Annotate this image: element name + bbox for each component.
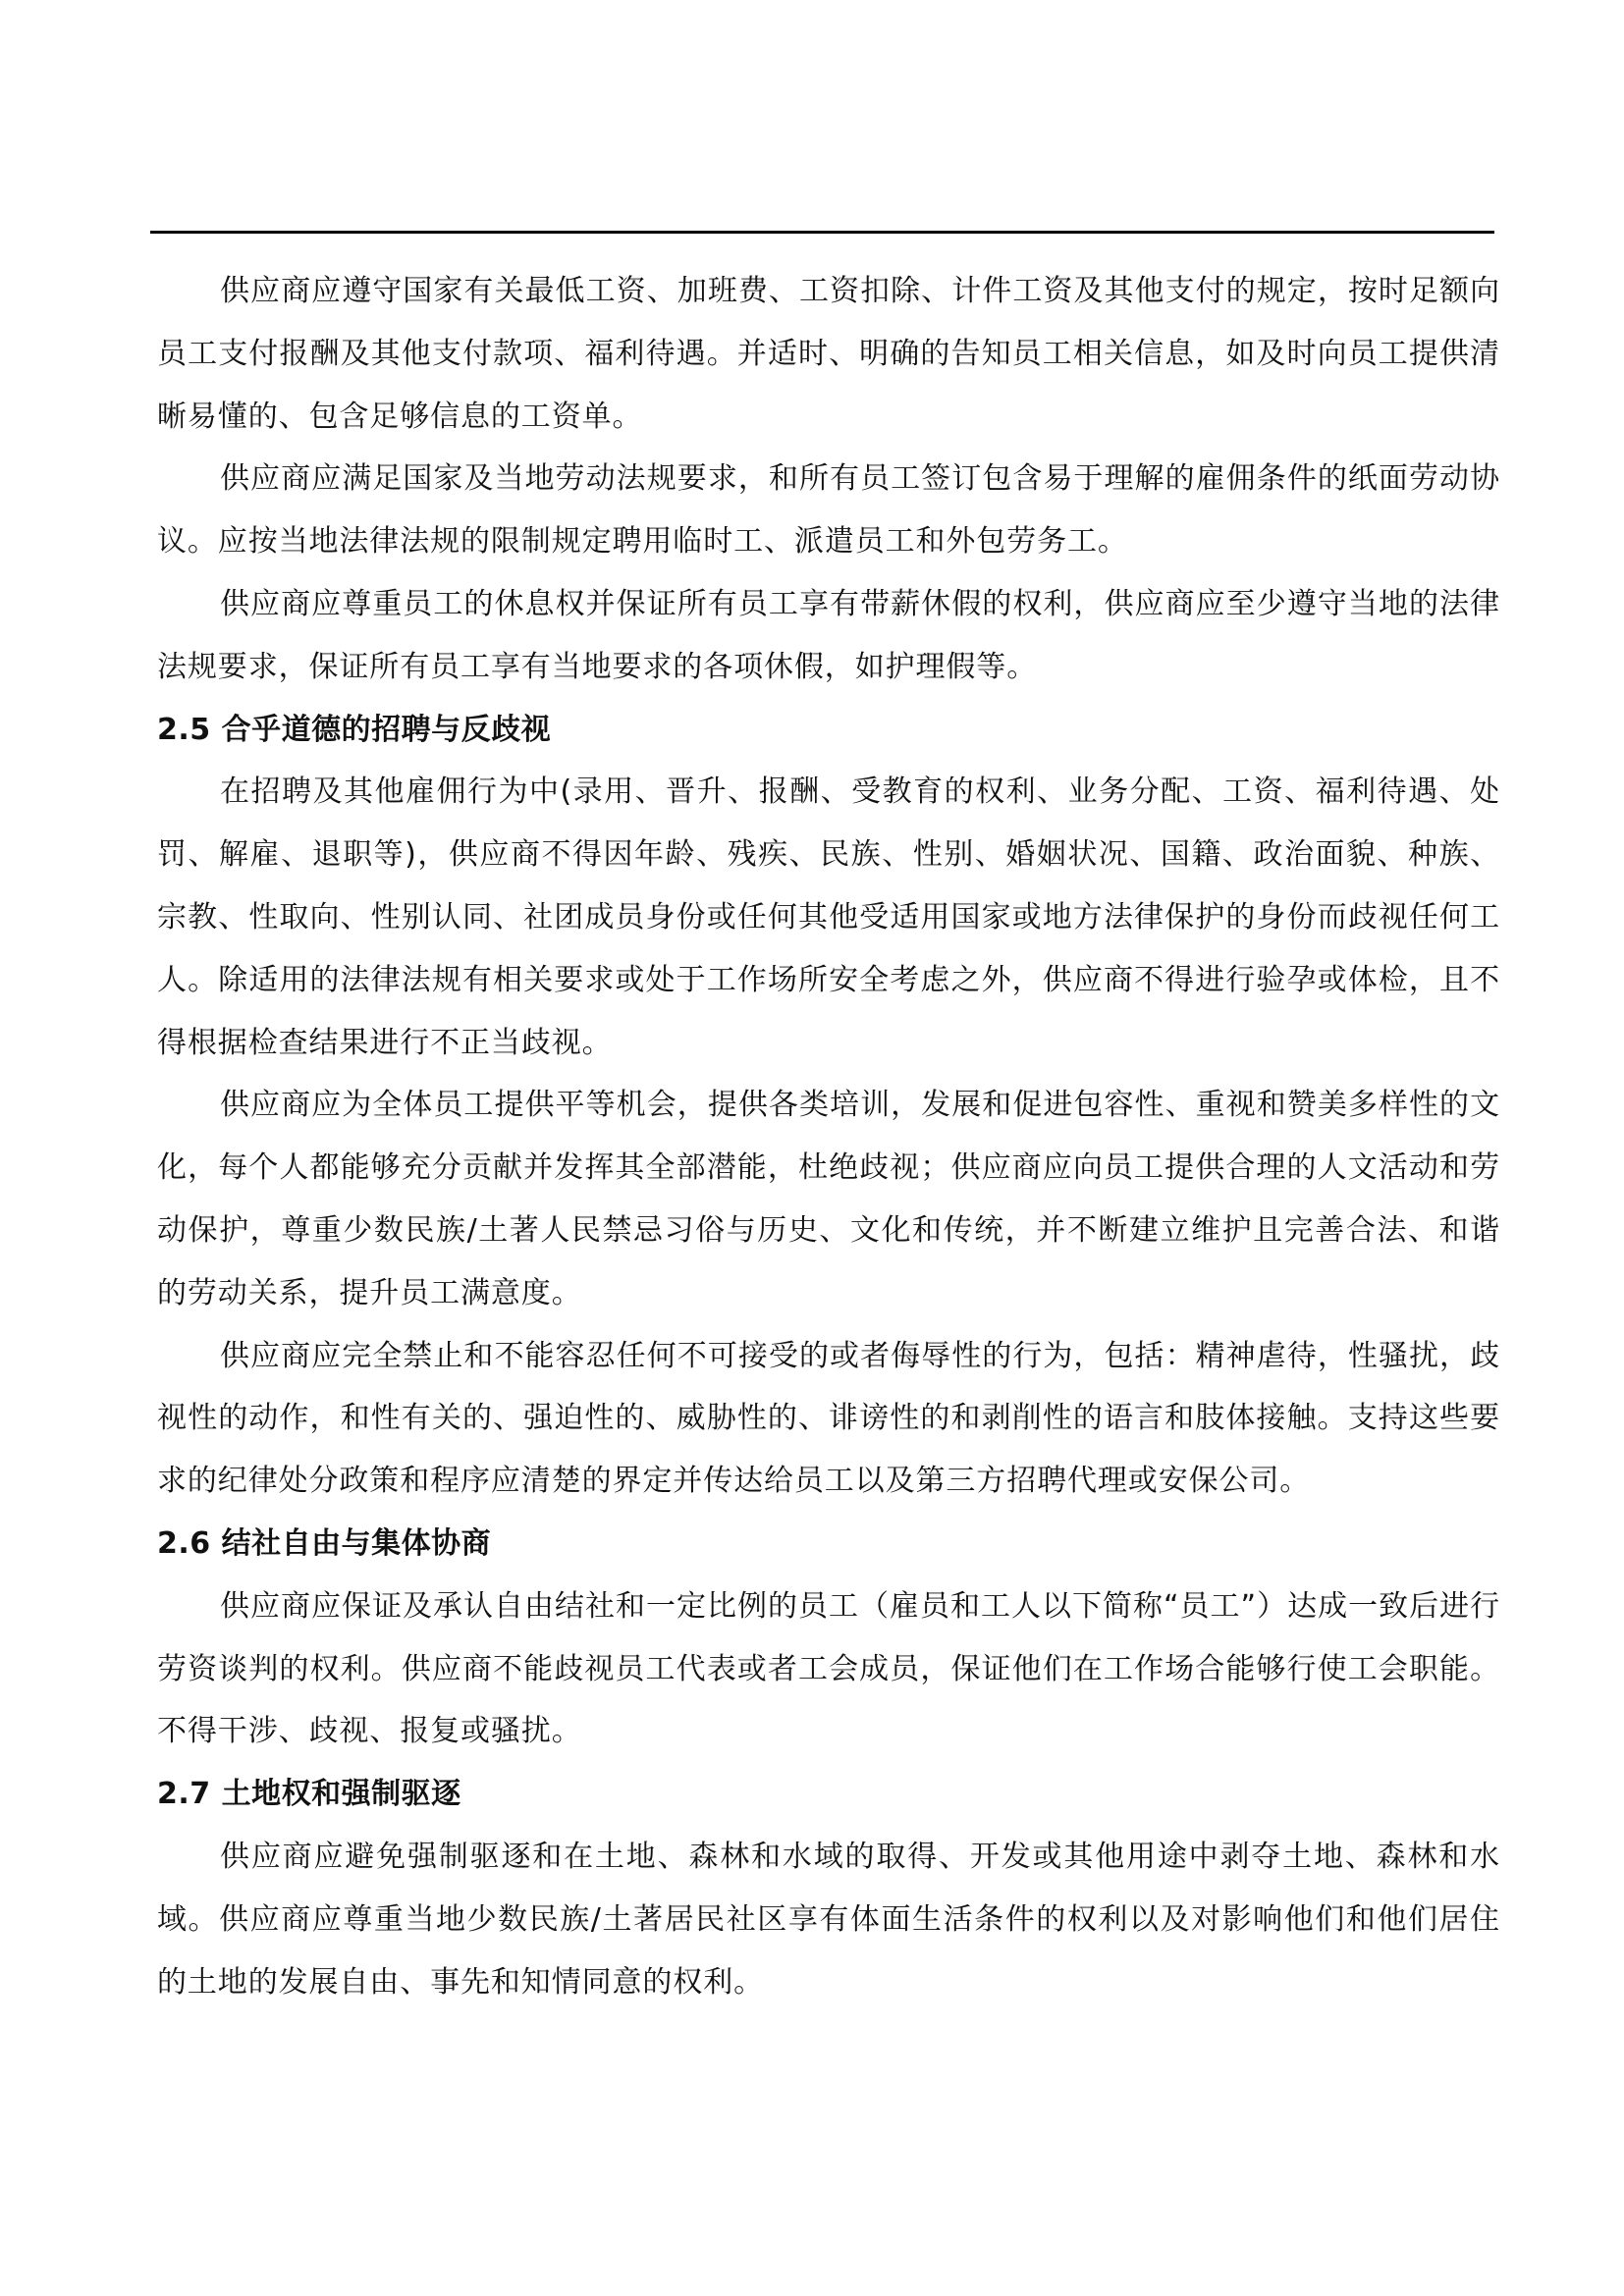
paragraph-anti-discrimination: 在招聘及其他雇佣行为中(录用、晋升、报酬、受教育的权利、业务分配、工资、福利待遇… xyxy=(157,761,1500,1074)
section-heading-2-6: 2.6 结社自由与集体协商 xyxy=(157,1513,1500,1575)
header-rule xyxy=(150,231,1494,234)
document-page: 供应商应遵守国家有关最低工资、加班费、工资扣除、计件工资及其他支付的规定，按时足… xyxy=(0,0,1624,2296)
paragraph-harassment: 供应商应完全禁止和不能容忍任何不可接受的或者侮辱性的行为，包括：精神虐待，性骚扰… xyxy=(157,1325,1500,1513)
section-heading-2-7: 2.7 土地权和强制驱逐 xyxy=(157,1763,1500,1826)
paragraph-labor-contract: 供应商应满足国家及当地劳动法规要求，和所有员工签订包含易于理解的雇佣条件的纸面劳… xyxy=(157,448,1500,573)
paragraph-equal-opportunity: 供应商应为全体员工提供平等机会，提供各类培训，发展和促进包容性、重视和赞美多样性… xyxy=(157,1074,1500,1324)
paragraph-rest-leave: 供应商应尊重员工的休息权并保证所有员工享有带薪休假的权利，供应商应至少遵守当地的… xyxy=(157,573,1500,699)
document-body: 供应商应遵守国家有关最低工资、加班费、工资扣除、计件工资及其他支付的规定，按时足… xyxy=(157,260,1500,2013)
paragraph-freedom-of-association: 供应商应保证及承认自由结社和一定比例的员工（雇员和工人以下简称“员工”）达成一致… xyxy=(157,1575,1500,1763)
paragraph-wages: 供应商应遵守国家有关最低工资、加班费、工资扣除、计件工资及其他支付的规定，按时足… xyxy=(157,260,1500,448)
section-heading-2-5: 2.5 合乎道德的招聘与反歧视 xyxy=(157,699,1500,762)
paragraph-land-rights: 供应商应避免强制驱逐和在土地、森林和水域的取得、开发或其他用途中剥夺土地、森林和… xyxy=(157,1826,1500,2013)
